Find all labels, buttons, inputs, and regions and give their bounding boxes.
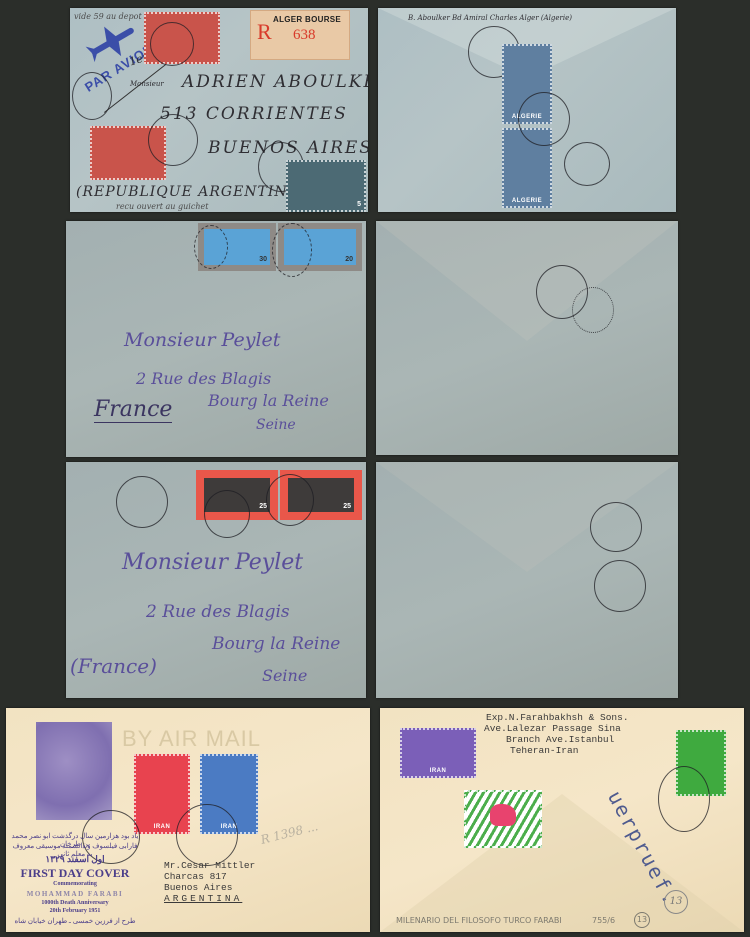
pencil-circled: 13 [634,912,650,928]
stamp-algeria-blue: 5 [286,160,366,212]
postmark [572,287,614,333]
postmark [564,142,610,186]
sender-line-1: Exp.N.Farahbakhsh & Sons. [486,712,629,723]
cachet-persian-footer: طرح از فرزین خمسی ـ طهران خیابان شاه [10,917,140,925]
registration-manuscript: R 1398 ... [259,819,319,847]
country-line: (France) [70,654,157,678]
registration-office: ALGER BOURSE [273,15,341,24]
cover-iran-fdc-front: BY AIR MAIL IRAN IRAN یاد بود هزارمین سا… [6,708,370,932]
envelope-flap [376,221,678,341]
sender-line-4: Teheran-Iran [510,745,578,756]
cover-senegal-back-1 [376,221,678,455]
cachet-illustration [36,722,112,820]
address-line-1: Monsieur Peylet [124,329,280,351]
address-line-2: 2 Rue des Blagis [146,602,290,622]
country-line: France [94,397,172,423]
cachet-date: 20th February 1951 [10,908,140,914]
lion-icon [490,804,516,826]
stamp-lion-and-sun [464,790,542,848]
postmark [518,92,570,146]
sender-line: B. Aboulker Bd Amiral Charles Alger (Alg… [408,14,572,22]
address-line-4: Seine [256,417,296,433]
pencil-note: MILENARIO DEL FILOSOFO TURCO FARABI [396,916,562,925]
cover-iran-back: Exp.N.Farahbakhsh & Sons. Ave.Lalezar Pa… [380,708,744,932]
address-line-3: Bourg la Reine [212,634,340,654]
cover-algeria-front: vide 59 au depot PAR AVION 1er Clipper R… [70,8,368,212]
cover-senegal-back-2 [376,462,678,698]
cachet-name: MOHAMMAD FARABI [10,890,140,898]
address-line-2: 2 Rue des Blagis [136,369,271,388]
postmark [150,22,194,66]
by-air-mail-label: BY AIR MAIL [122,726,261,752]
cover-senegal-front-1: 30 20 Monsieur Peylet 2 Rue des Blagis B… [66,221,366,457]
postmark [116,476,168,528]
salutation: Monsieur [130,80,164,88]
postmark [148,114,198,166]
address-line-3: Buenos Aires [164,882,232,893]
postmark [266,474,314,526]
address-line-2: Charcas 817 [164,871,227,882]
registration-label: R ALGER BOURSE 638 [250,10,350,60]
address-line-3: Bourg la Reine [208,391,329,410]
postmark [72,72,112,120]
postmark [204,490,250,538]
cachet-title: FIRST DAY COVER [10,866,140,881]
address-line-4: Seine [262,666,307,685]
registration-number: 638 [293,27,316,44]
circled-mark: 13 [664,890,688,914]
address-line-1: Monsieur Peylet [122,550,303,575]
stamp-iran-violet: IRAN [400,728,476,778]
address-line-1: ADRIEN ABOULKER [182,72,368,92]
postmark [594,560,646,612]
sender-line-3: Branch Ave.Istanbul [506,734,614,745]
postmark [590,502,642,552]
cachet-anniversary: 1000th Death Anniversary [10,900,140,906]
cover-senegal-front-2: 25 25 Monsieur Peylet 2 Rue des Blagis B… [66,462,366,698]
registration-letter: R [257,19,272,45]
cachet-persian-date: اول اسفند ۱۳۲۹ [10,854,140,865]
pencil-ref: 755/6 [592,916,615,925]
sender-line-2: Ave.Lalezar Passage Sina [484,723,621,734]
address-line-4: ARGENTINA [164,893,242,904]
cachet-subtitle: Commemorating [10,881,140,887]
manuscript-note-bottom: recu ouvert au guichet [116,202,208,211]
postmark [272,223,312,277]
address-line-1: Mr.Cesar Mittler [164,860,255,871]
postmark [176,804,238,866]
postmark [658,766,710,832]
postmark [194,225,228,269]
cover-algeria-back: B. Aboulker Bd Amiral Charles Alger (Alg… [378,8,676,212]
